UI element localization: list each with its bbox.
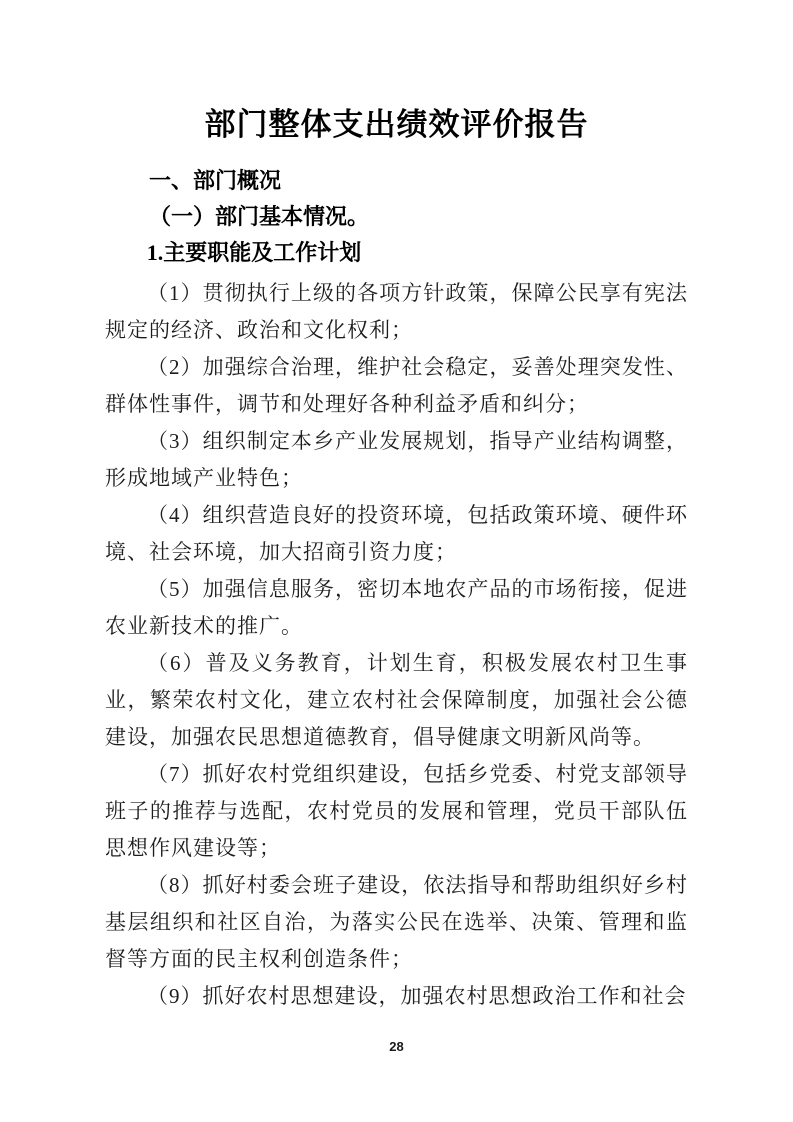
paragraph-8: （8）抓好村委会班子建设，依法指导和帮助组织好乡村基层组织和社区自治，为落实公民… bbox=[105, 867, 688, 978]
paragraph-1: （1）贯彻执行上级的各项方针政策，保障公民享有宪法规定的经济、政治和文化权利； bbox=[105, 275, 688, 349]
paragraph-4: （4）组织营造良好的投资环境，包括政策环境、硬件环境、社会环境，加大招商引资力度… bbox=[105, 497, 688, 571]
paragraph-3: （3）组织制定本乡产业发展规划，指导产业结构调整，形成地域产业特色； bbox=[105, 423, 688, 497]
paragraph-6: （6）普及义务教育，计划生育，积极发展农村卫生事业，繁荣农村文化，建立农村社会保… bbox=[105, 645, 688, 756]
document-title: 部门整体支出绩效评价报告 bbox=[105, 103, 688, 147]
heading-section-overview: 一、部门概况 bbox=[105, 163, 688, 199]
heading-basic-situation: （一）部门基本情况。 bbox=[105, 199, 688, 235]
body-paragraphs: （1）贯彻执行上级的各项方针政策，保障公民享有宪法规定的经济、政治和文化权利； … bbox=[105, 275, 688, 1015]
paragraph-9: （9）抓好农村思想建设，加强农村思想政治工作和社会 bbox=[105, 978, 688, 1015]
paragraph-5: （5）加强信息服务，密切本地农产品的市场衔接，促进农业新技术的推广。 bbox=[105, 571, 688, 645]
page-number: 28 bbox=[0, 1039, 793, 1054]
paragraph-7: （7）抓好农村党组织建设，包括乡党委、村党支部领导班子的推荐与选配，农村党员的发… bbox=[105, 756, 688, 867]
document-page: 部门整体支出绩效评价报告 一、部门概况 （一）部门基本情况。 1.主要职能及工作… bbox=[0, 0, 793, 1122]
paragraph-2: （2）加强综合治理，维护社会稳定，妥善处理突发性、群体性事件，调节和处理好各种利… bbox=[105, 349, 688, 423]
heading-main-functions: 1.主要职能及工作计划 bbox=[105, 235, 688, 271]
